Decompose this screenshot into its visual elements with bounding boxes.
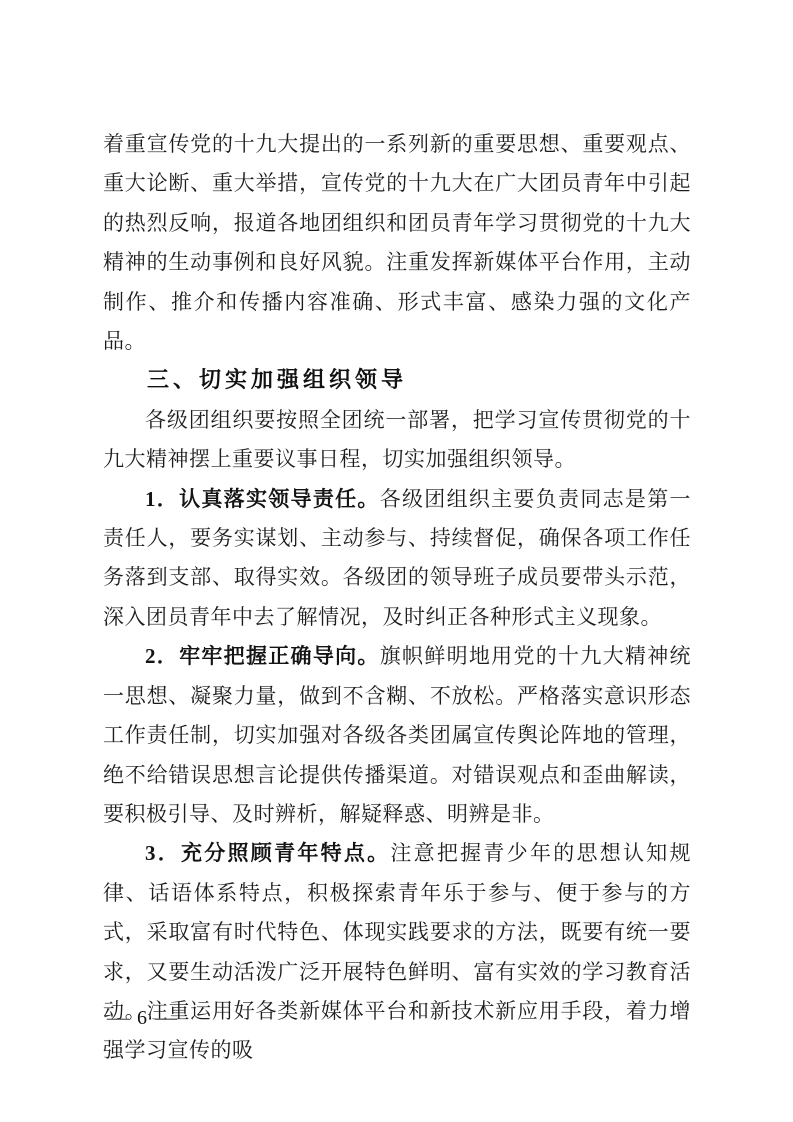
numbered-item: 2．牢牢把握正确导向。旗帜鲜明地用党的十九大精神统一思想、凝聚力量，做到不含糊、… xyxy=(103,637,691,834)
item-2-body: 旗帜鲜明地用党的十九大精神统一思想、凝聚力量，做到不含糊、不放松。严格落实意识形… xyxy=(103,644,691,826)
item-3-lead: 3．充分照顾青年特点。 xyxy=(145,841,390,865)
document-body: 着重宣传党的十九大提出的一系列新的重要思想、重要观点、重大论断、重大举措，宣传党… xyxy=(103,125,691,1071)
item-3-body: 注意把握青少年的思想认知规律、话语体系特点，积极探索青年乐于参与、便于参与的方式… xyxy=(103,841,691,1062)
continuation-paragraph: 着重宣传党的十九大提出的一系列新的重要思想、重要观点、重大论断、重大举措，宣传党… xyxy=(103,125,691,361)
page-number-left-dash: — xyxy=(107,1007,129,1030)
item-1-lead: 1．认真落实领导责任。 xyxy=(145,487,380,511)
intro-paragraph: 各级团组织要按照全团统一部署，把学习宣传贯彻党的十九大精神摆上重要议事日程，切实… xyxy=(103,401,691,480)
page-number-value: 6 xyxy=(137,1007,147,1030)
section-heading: 三、切实加强组织领导 xyxy=(103,361,691,400)
document-page: 着重宣传党的十九大提出的一系列新的重要思想、重要观点、重大论断、重大举措，宣传党… xyxy=(0,0,793,1122)
page-number: — 6 — xyxy=(108,1003,176,1033)
numbered-item: 1．认真落实领导责任。各级团组织主要负责同志是第一责任人，要务实谋划、主动参与、… xyxy=(103,480,691,638)
item-2-lead: 2．牢牢把握正确导向。 xyxy=(145,644,380,668)
page-number-right-dash: — xyxy=(155,1007,177,1030)
numbered-item: 3．充分照顾青年特点。注意把握青少年的思想认知规律、话语体系特点，积极探索青年乐… xyxy=(103,834,691,1070)
